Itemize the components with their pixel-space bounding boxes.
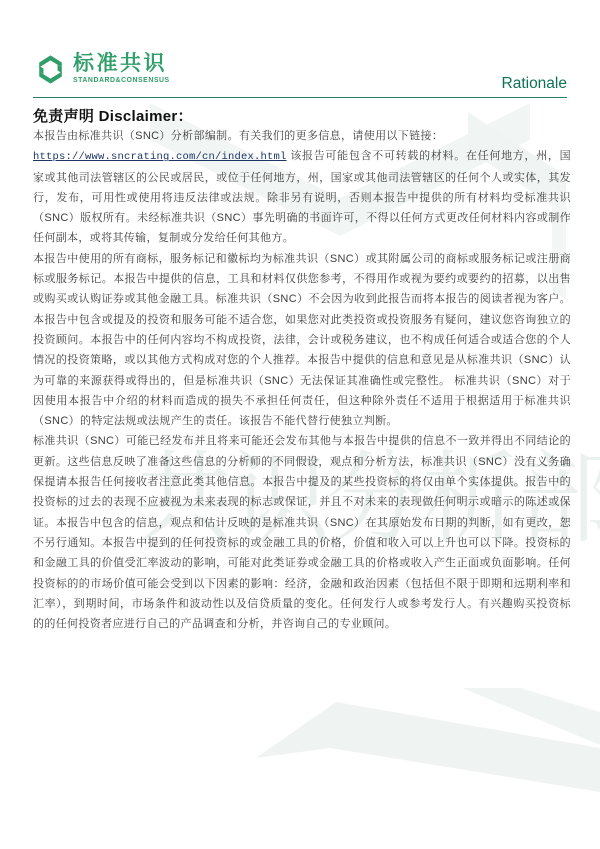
disclaimer-paragraph-3: 标准共识（SNC）可能已经发布并且将来可能还会发布其他与本报告中提供的信息不一致… [33,431,571,634]
brand-name-en: STANDARD&CONSENSUS [73,77,170,84]
paragraph-1-rest: 该报告可能包含不可转载的材料。在任何地方，州，国家或其他司法管辖区的公民或居民，… [33,150,571,244]
disclaimer-body: 本报告由标准共识（SNC）分析部编制。有关我们的更多信息，请使用以下链接：htt… [33,126,571,634]
header-divider [33,97,567,98]
snc-website-link[interactable]: https://www.sncrating.com/cn/index.html [33,151,287,163]
paragraph-1-lead: 本报告由标准共识（SNC）分析部编制。有关我们的更多信息，请使用以下链接： [33,130,443,142]
snc-hexagon-s-icon [35,52,66,92]
disclaimer-paragraph-1: 本报告由标准共识（SNC）分析部编制。有关我们的更多信息，请使用以下链接：htt… [33,126,571,249]
brand-name-cn: 标准共识 [73,52,170,76]
report-header: 标准共识 STANDARD&CONSENSUS Rationale [35,0,567,92]
disclaimer-paragraph-2: 本报告中使用的所有商标，服务标记和徽标均为标准共识（SNC）或其附属公司的商标或… [33,249,571,432]
brand-logo: 标准共识 STANDARD&CONSENSUS [35,52,170,92]
brand-logo-text: 标准共识 STANDARD&CONSENSUS [73,52,170,84]
report-type-label: Rationale [502,75,568,93]
document-page: 共识分析部 标准共识 STANDARD&CONSENSUS Rat [0,0,600,849]
disclaimer-title: 免责声明 Disclaimer： [33,105,567,126]
